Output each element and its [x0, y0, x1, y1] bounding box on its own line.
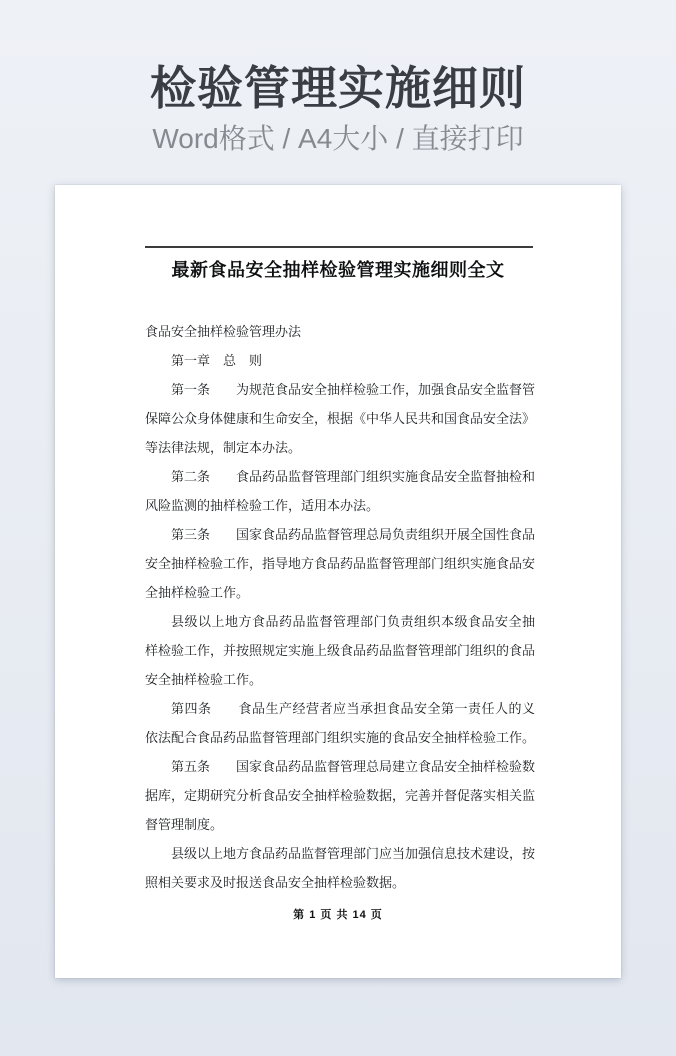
document-line: 照相关要求及时报送食品安全抽样检验数据。 — [145, 868, 535, 897]
document-line: 第一条 为规范食品安全抽样检验工作，加强食品安全监督管理， — [145, 375, 535, 404]
document-line: 县级以上地方食品药品监督管理部门负责组织本级食品安全抽 — [145, 607, 535, 636]
page-subtitle: Word格式 / A4大小 / 直接打印 — [0, 120, 676, 158]
document-line: 保障公众身体健康和生命安全，根据《中华人民共和国食品安全法》 — [145, 404, 535, 433]
document-line: 食品安全抽样检验管理办法 — [145, 317, 535, 346]
document-line: 第四条 食品生产经营者应当承担食品安全第一责任人的义务， — [145, 694, 535, 723]
document-line: 县级以上地方食品药品监督管理部门应当加强信息技术建设，按 — [145, 839, 535, 868]
document-line: 样检验工作，并按照规定实施上级食品药品监督管理部门组织的食品 — [145, 636, 535, 665]
document-heading: 最新食品安全抽样检验管理实施细则全文 — [95, 257, 581, 283]
document-line: 风险监测的抽样检验工作，适用本办法。 — [145, 491, 535, 520]
page-title: 检验管理实施细则 — [0, 60, 676, 116]
document-preview-card: 最新食品安全抽样检验管理实施细则全文 食品安全抽样检验管理办法第一章 总 则第一… — [55, 185, 621, 978]
document-line: 第三条 国家食品药品监督管理总局负责组织开展全国性食品 — [145, 520, 535, 549]
document-line: 第二条 食品药品监督管理部门组织实施食品安全监督抽检和 — [145, 462, 535, 491]
document-title-divider — [145, 246, 533, 248]
document-line: 安全抽样检验工作，指导地方食品药品监督管理部门组织实施食品安 — [145, 549, 535, 578]
document-body: 食品安全抽样检验管理办法第一章 总 则第一条 为规范食品安全抽样检验工作，加强食… — [145, 317, 535, 897]
document-line: 全抽样检验工作。 — [145, 578, 535, 607]
document-line: 依法配合食品药品监督管理部门组织实施的食品安全抽样检验工作。 — [145, 723, 535, 752]
document-line: 据库，定期研究分析食品安全抽样检验数据，完善并督促落实相关监 — [145, 781, 535, 810]
document-line: 第一章 总 则 — [145, 346, 535, 375]
page-number-footer: 第 1 页 共 14 页 — [55, 907, 621, 923]
document-line: 安全抽样检验工作。 — [145, 665, 535, 694]
document-line: 等法律法规，制定本办法。 — [145, 433, 535, 462]
document-line: 督管理制度。 — [145, 810, 535, 839]
document-line: 第五条 国家食品药品监督管理总局建立食品安全抽样检验数 — [145, 752, 535, 781]
